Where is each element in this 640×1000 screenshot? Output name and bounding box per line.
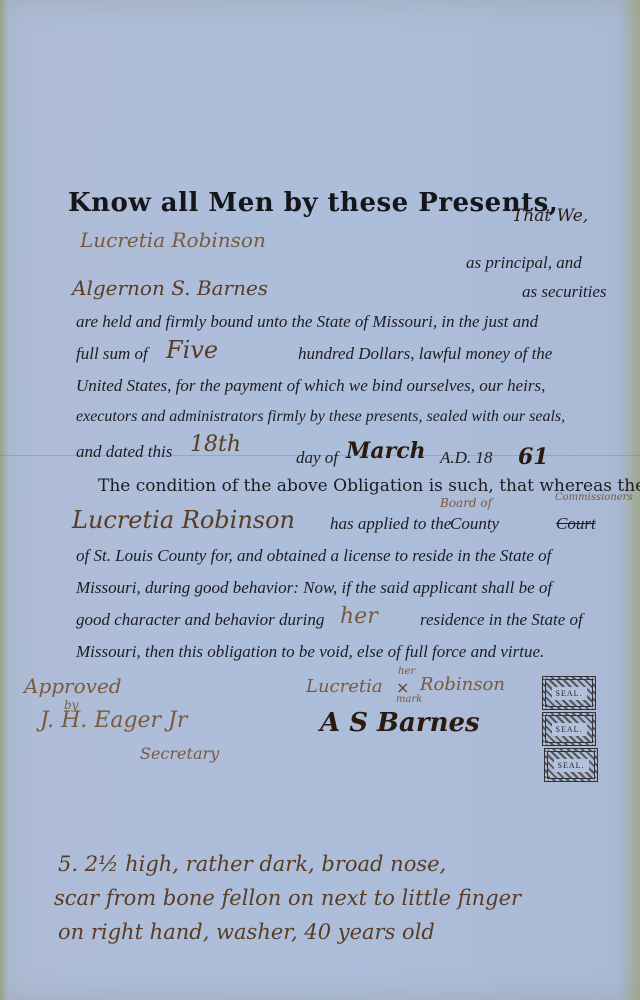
condition-line-5a: good character and behavior during [76,610,324,630]
approval-approved: Approved [24,674,122,698]
date-day: 18th [190,432,241,457]
signature-security: A S Barnes [320,708,480,738]
date-month: March [346,438,426,464]
seal-1: SEAL. [542,676,596,710]
condition-line-3: of St. Louis County for, and obtained a … [76,546,551,566]
description-line-3: on right hand, washer, 40 years old [58,920,435,944]
seal-3-label: SEAL. [554,759,589,772]
principal-name: Lucretia Robinson [80,228,266,252]
amount-field: Five [166,336,218,364]
condition-line-6: Missouri, then this obligation to be voi… [76,642,544,662]
document-page: Know all Men by these Presents, That We,… [0,0,640,1000]
principal-role: as principal, and [466,253,582,273]
seal-2-label: SEAL. [552,723,587,736]
inserted-commissioners: Commissioners [555,492,633,503]
description-line-2: scar from bone fellon on next to little … [54,886,521,910]
gothic-header: Know all Men by these Presents, [68,188,558,218]
pronoun-field: her [340,604,378,629]
applied-text: has applied to the [330,514,451,534]
condition-line-4: Missouri, during good behavior: Now, if … [76,578,552,598]
body-line-2b: hundred Dollars, lawful money of the [298,344,552,364]
seal-1-label: SEAL. [552,687,587,700]
security-role: as securities [522,282,607,302]
header-intro: That We, [512,206,588,226]
approval-signer: J. H. Eager Jr [40,708,187,733]
description-line-1: 5. 2½ high, rather dark, broad nose, [58,852,446,876]
body-line-3: United States, for the payment of which … [76,376,545,396]
body-line-4: executors and administrators firmly by t… [76,408,565,426]
applicant-name: Lucretia Robinson [72,506,295,534]
seal-3: SEAL. [544,748,598,782]
body-line-5b: day of [296,448,338,468]
date-year: 61 [518,444,549,470]
header-phrase: Know all Men by these Presents, [68,188,558,218]
seal-2: SEAL. [542,712,596,746]
body-line-2a: full sum of [76,344,148,364]
approval-title: Secretary [140,744,219,763]
body-line-5a: and dated this [76,442,172,462]
signature-principal-last: Robinson [420,674,505,695]
security-name: Algernon S. Barnes [72,276,268,300]
body-line-5c: A.D. 18 [440,448,492,468]
condition-line-5b: residence in the State of [420,610,583,630]
signature-mark-label: mark [396,694,422,705]
struck-court: Court [556,514,596,534]
body-line-1: are held and firmly bound unto the State… [76,312,538,332]
county-text: County [450,514,499,534]
signature-principal-first: Lucretia [306,676,383,697]
inserted-board: Board of [440,496,492,510]
signature-her: her [398,666,415,677]
